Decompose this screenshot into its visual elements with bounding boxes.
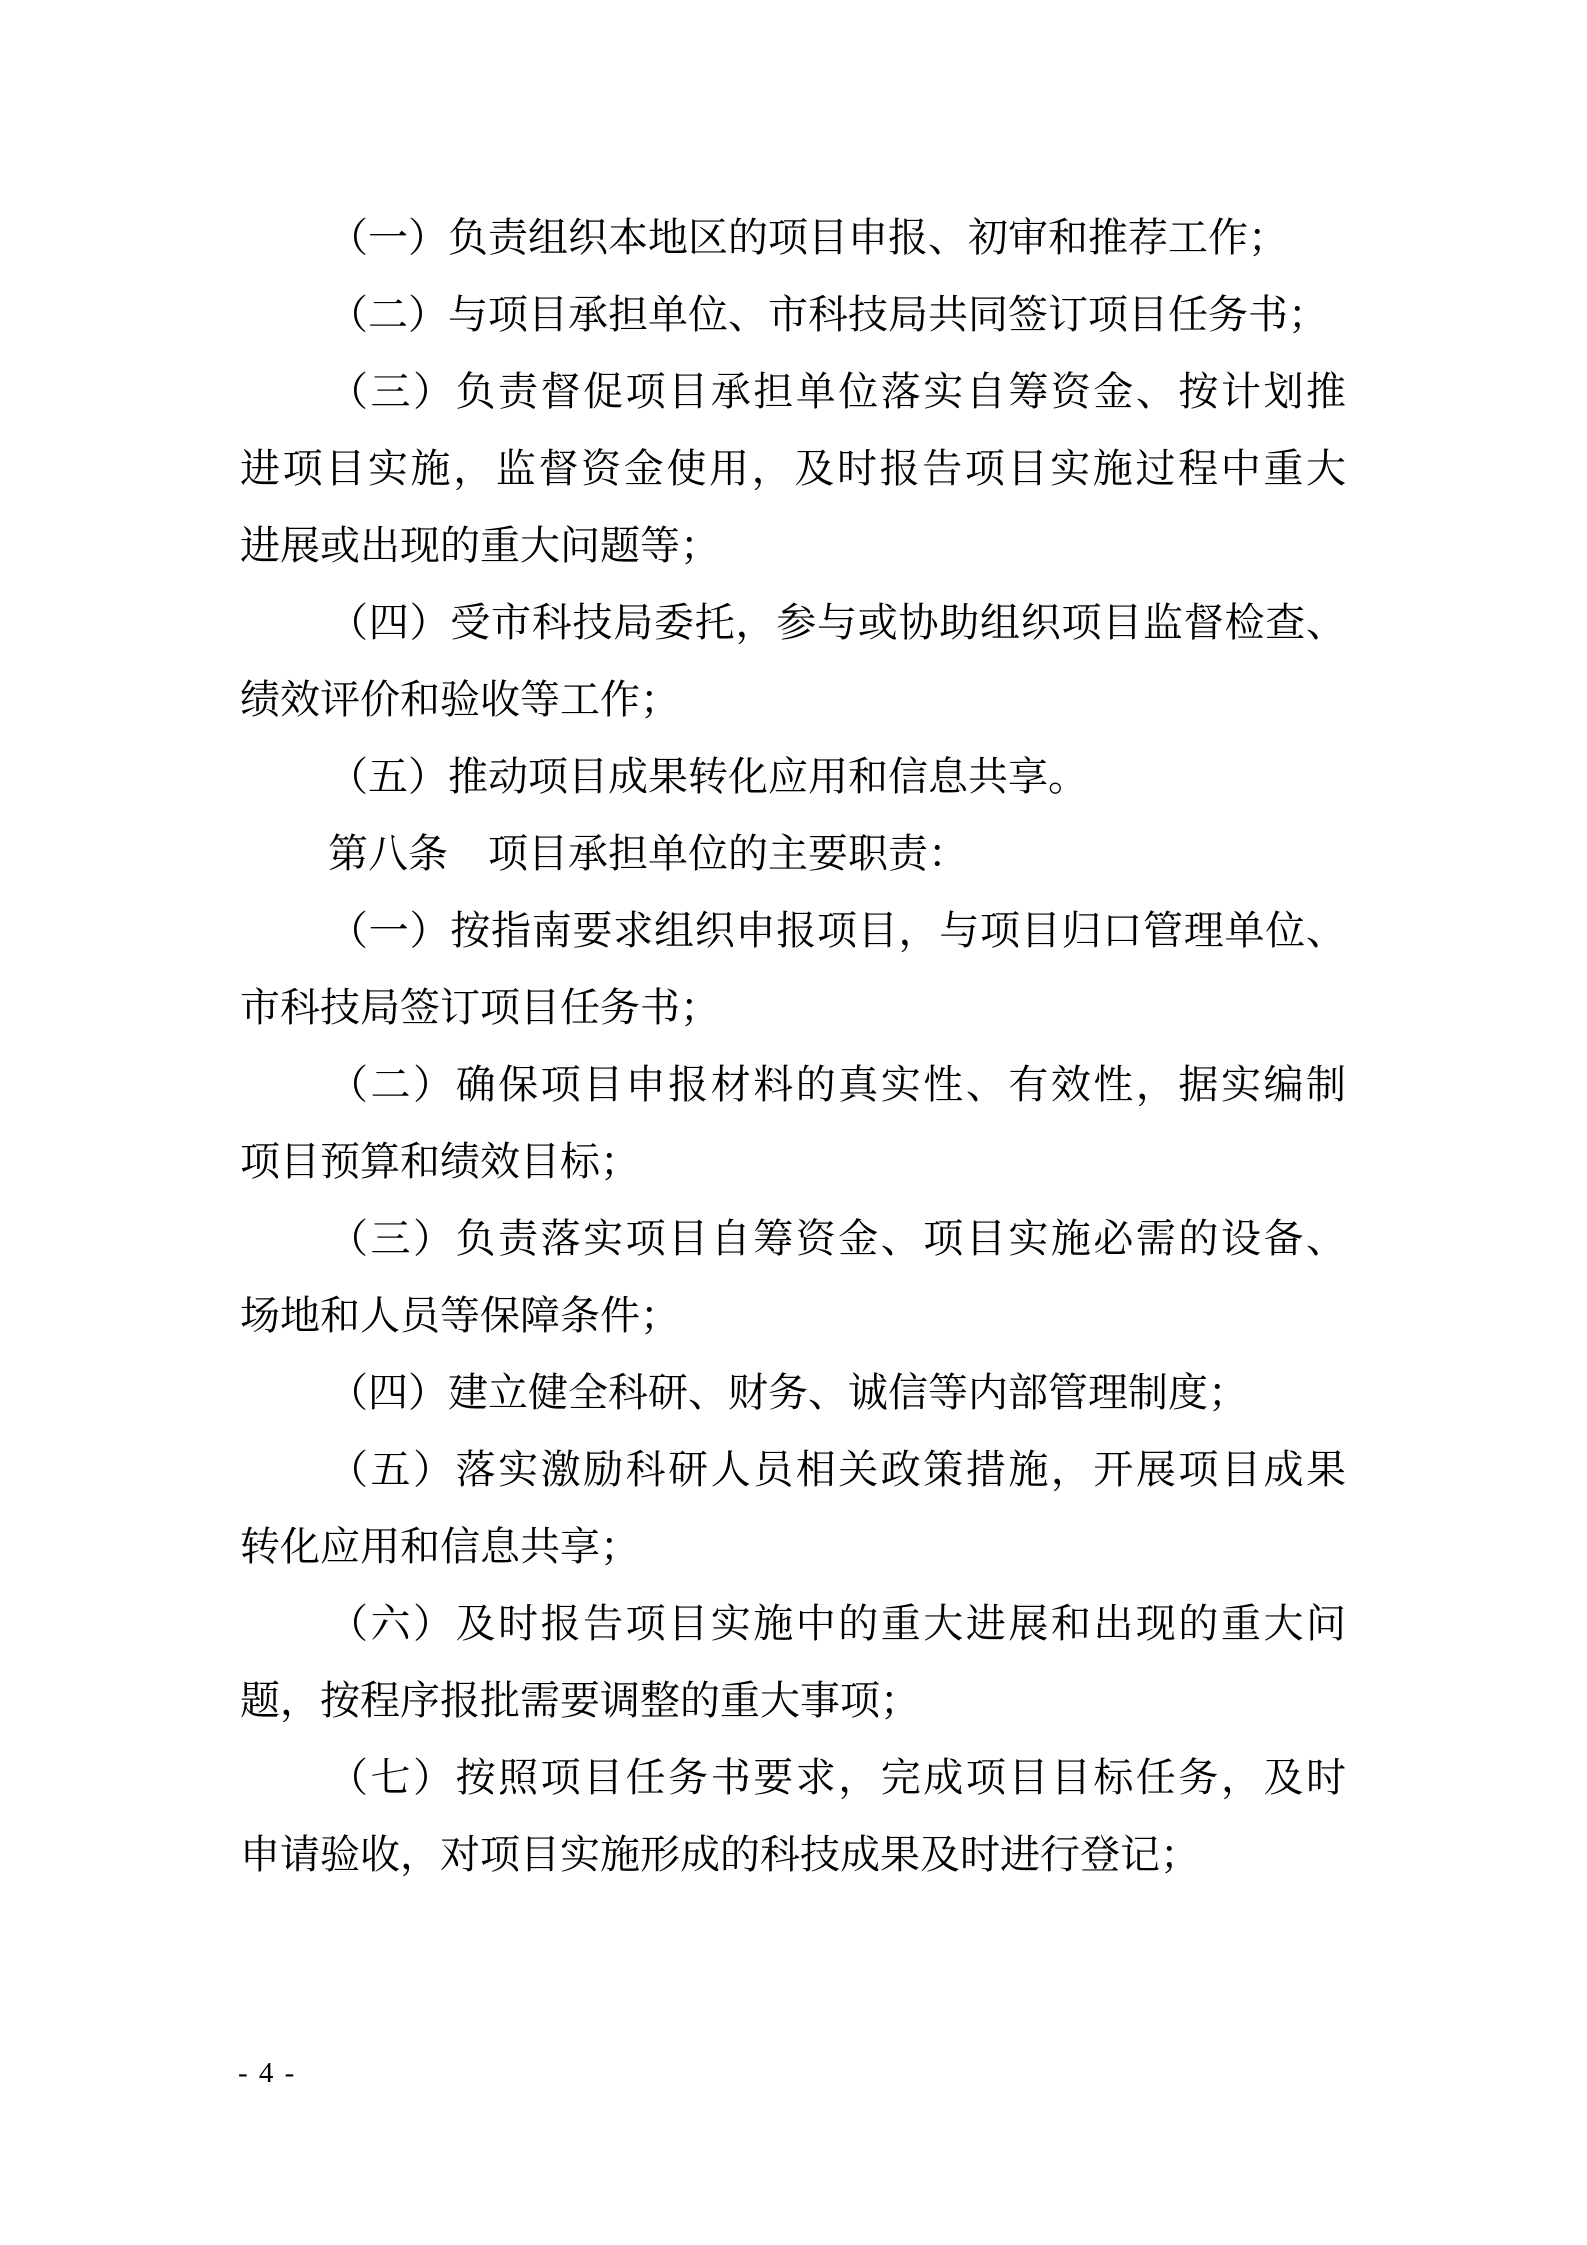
text-line: （五）推动项目成果转化应用和信息共享。 bbox=[240, 738, 1346, 815]
text-line: （三）负责落实项目自筹资金、项目实施必需的设备、 bbox=[240, 1200, 1346, 1277]
text-line: （七）按照项目任务书要求，完成项目目标任务，及时 bbox=[240, 1739, 1346, 1816]
text-line: （四）建立健全科研、财务、诚信等内部管理制度； bbox=[240, 1354, 1346, 1431]
text-line: （五）落实激励科研人员相关政策措施，开展项目成果 bbox=[240, 1431, 1346, 1508]
text-line: （二）确保项目申报材料的真实性、有效性，据实编制 bbox=[240, 1046, 1346, 1123]
text-line: （二）与项目承担单位、市科技局共同签订项目任务书； bbox=[240, 276, 1346, 353]
text-line: 项目预算和绩效目标； bbox=[240, 1123, 1346, 1200]
text-line: （一）按指南要求组织申报项目，与项目归口管理单位、 bbox=[240, 892, 1346, 969]
article-heading-line: 第八条 项目承担单位的主要职责： bbox=[240, 815, 1346, 892]
document-page: （一）负责组织本地区的项目申报、初审和推荐工作； （二）与项目承担单位、市科技局… bbox=[0, 0, 1587, 2245]
text-line: 绩效评价和验收等工作； bbox=[240, 661, 1346, 738]
text-line: 场地和人员等保障条件； bbox=[240, 1277, 1346, 1354]
text-line: （一）负责组织本地区的项目申报、初审和推荐工作； bbox=[240, 199, 1346, 276]
text-line: 市科技局签订项目任务书； bbox=[240, 969, 1346, 1046]
text-line: 转化应用和信息共享； bbox=[240, 1508, 1346, 1585]
text-line: 题，按程序报批需要调整的重大事项； bbox=[240, 1662, 1346, 1739]
text-line: 进展或出现的重大问题等； bbox=[240, 507, 1346, 584]
document-body: （一）负责组织本地区的项目申报、初审和推荐工作； （二）与项目承担单位、市科技局… bbox=[240, 199, 1346, 1893]
text-line: （六）及时报告项目实施中的重大进展和出现的重大问 bbox=[240, 1585, 1346, 1662]
text-line: （三）负责督促项目承担单位落实自筹资金、按计划推 bbox=[240, 353, 1346, 430]
text-line: （四）受市科技局委托，参与或协助组织项目监督检查、 bbox=[240, 584, 1346, 661]
text-line: 进项目实施，监督资金使用，及时报告项目实施过程中重大 bbox=[240, 430, 1346, 507]
text-line: 申请验收，对项目实施形成的科技成果及时进行登记； bbox=[240, 1816, 1346, 1893]
page-number: - 4 - bbox=[238, 2053, 296, 2093]
